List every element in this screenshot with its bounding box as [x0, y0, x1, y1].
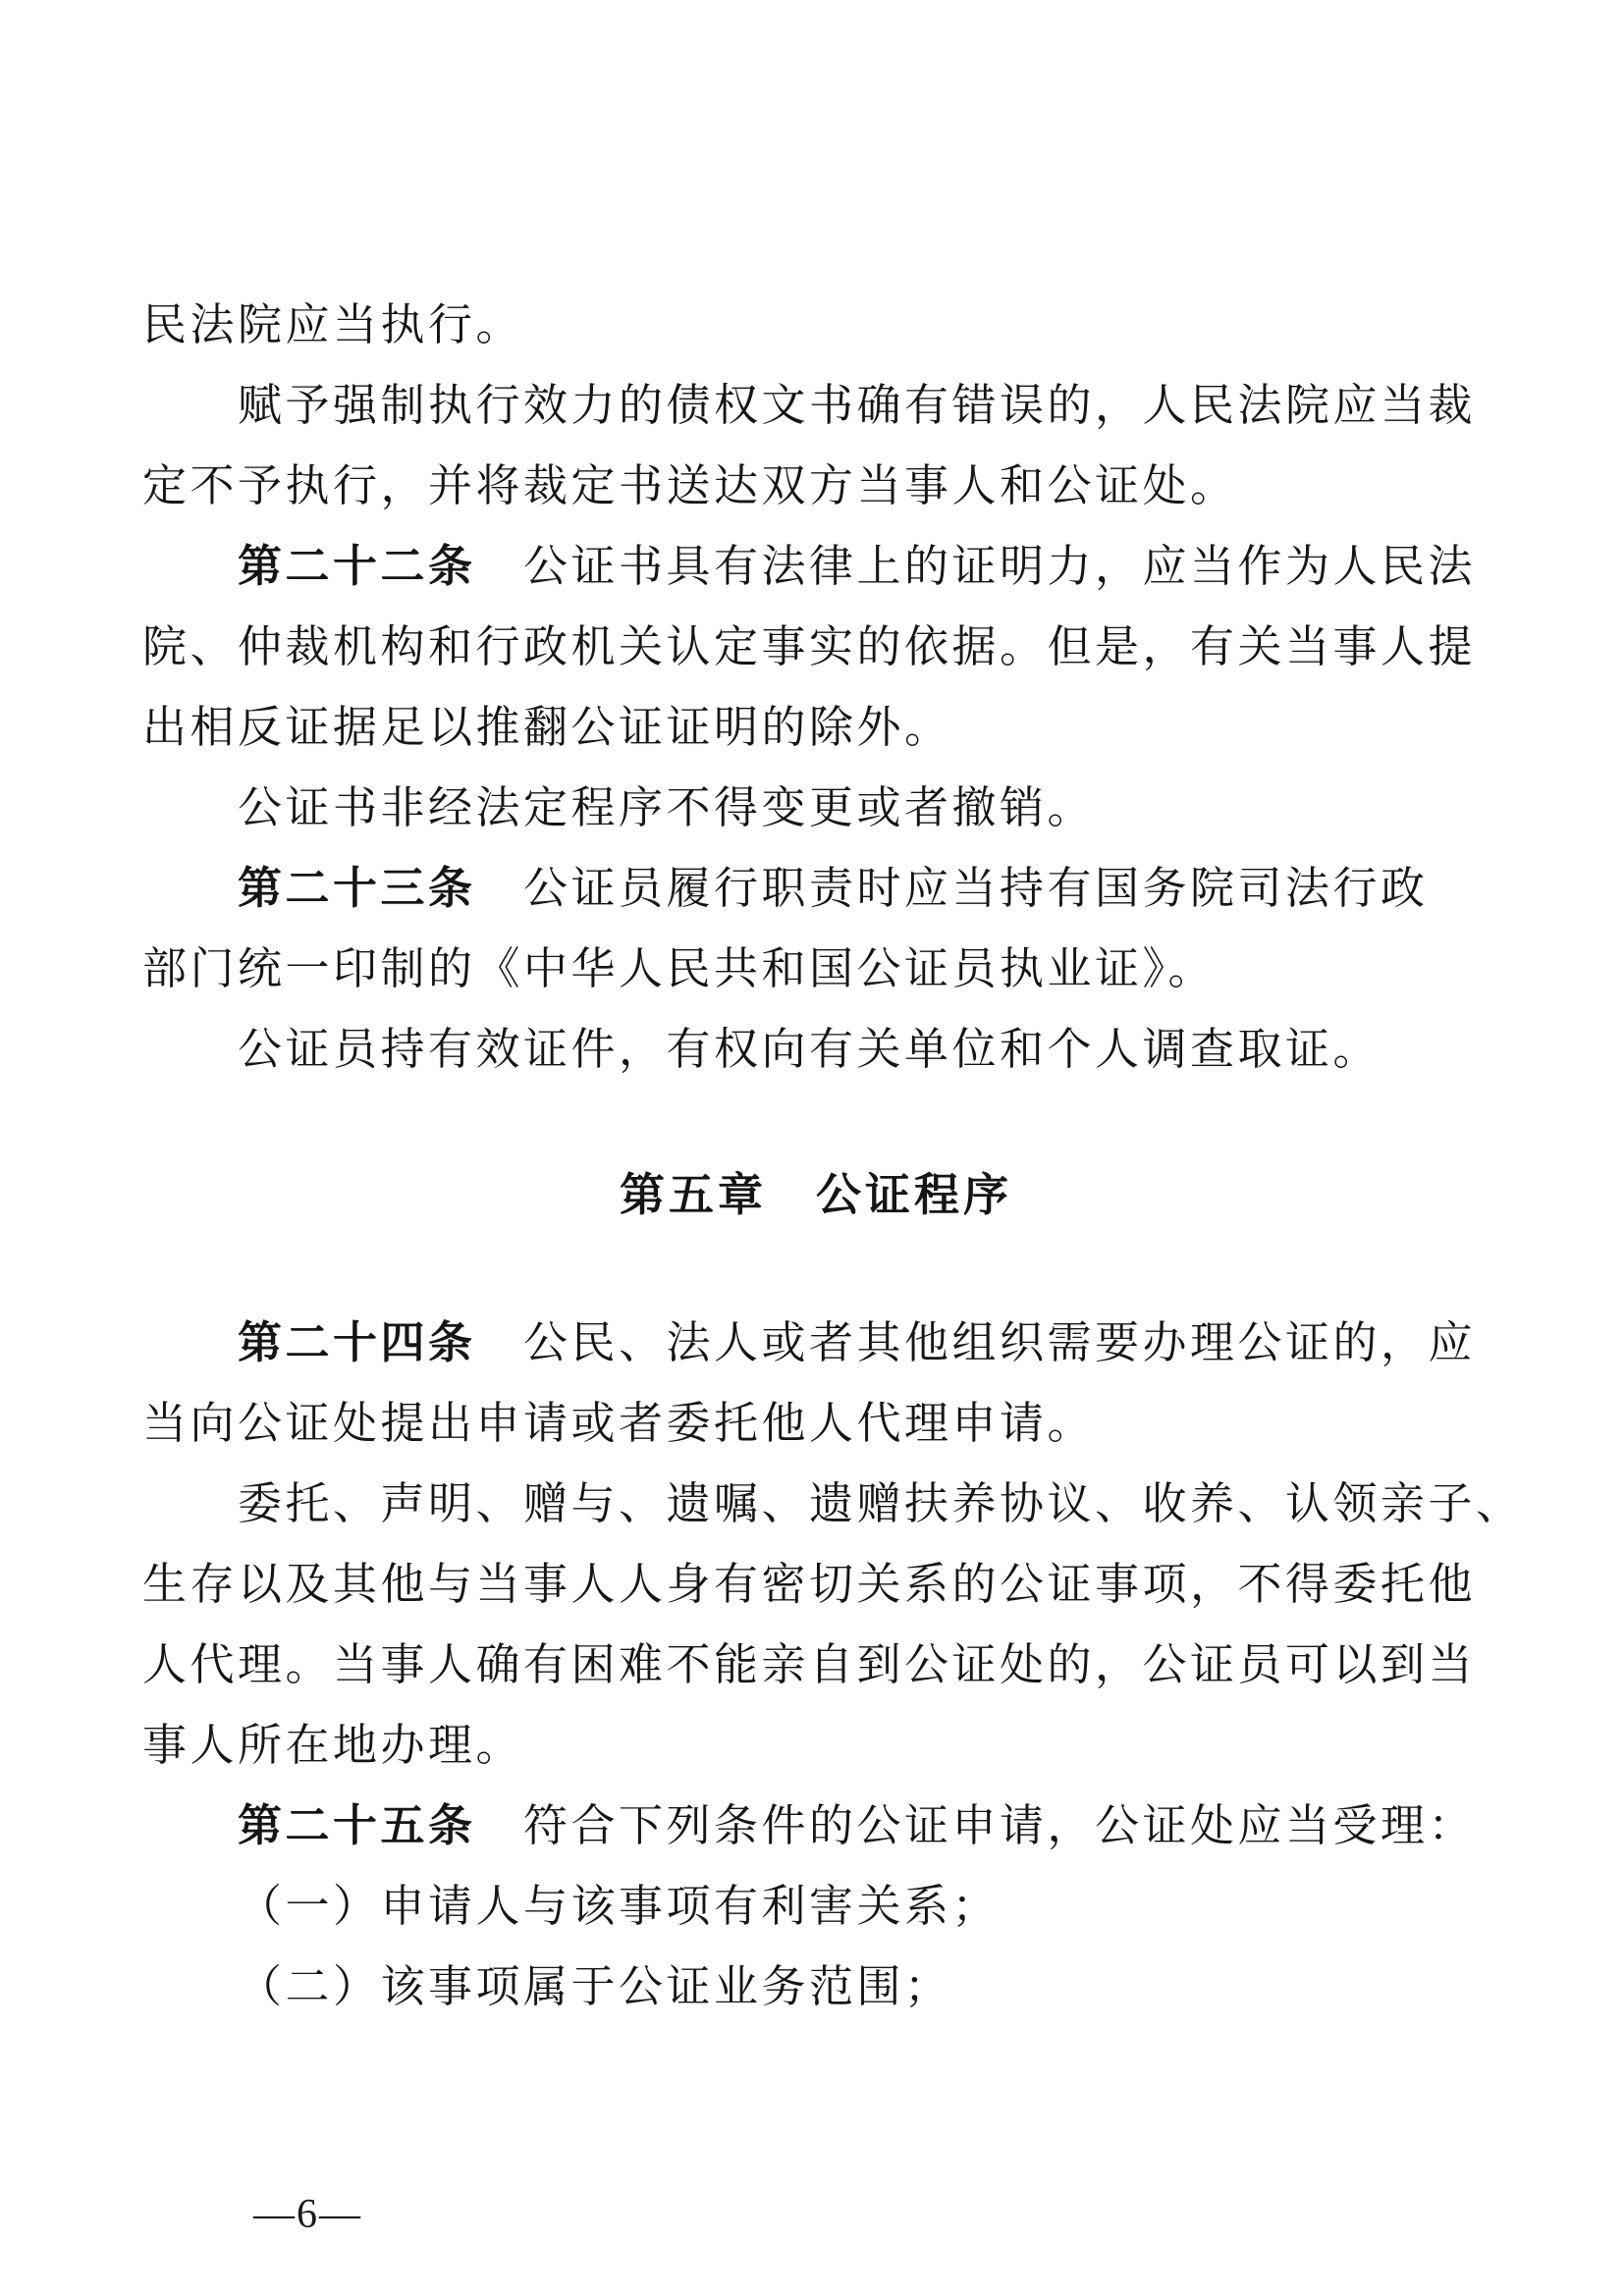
text-line: （二）该事项属于公证业务范围；	[142, 1947, 1489, 2027]
document-body: 民法院应当执行。 赋予强制执行效力的债权文书确有错误的，人民法院应当裁 定不予执…	[142, 285, 1489, 2027]
text-line: 当向公证处提出申请或者委托他人代理申请。	[142, 1383, 1489, 1464]
page-number: —6—	[253, 2185, 362, 2244]
text-line: 公证员持有效证件，有权向有关单位和个人调查取证。	[142, 1009, 1489, 1090]
article-number: 第二十二条	[238, 541, 476, 591]
text-line: 第二十二条 公证书具有法律上的证明力，应当作为人民法	[142, 526, 1489, 607]
article-text: 公证书具有法律上的证明力，应当作为人民法	[476, 542, 1477, 591]
text-line: 公证书非经法定程序不得变更或者撤销。	[142, 768, 1489, 848]
article-text: 公证员履行职责时应当持有国务院司法行政	[476, 864, 1429, 913]
text-line: 第二十三条 公证员履行职责时应当持有国务院司法行政	[142, 848, 1489, 929]
text-line: 生存以及其他与当事人人身有密切关系的公证事项，不得委托他	[142, 1544, 1489, 1625]
text-line: 第二十四条 公民、法人或者其他组织需要办理公证的，应	[142, 1303, 1489, 1383]
text-line: 民法院应当执行。	[142, 285, 1489, 365]
article-number: 第二十四条	[238, 1317, 476, 1367]
text-line: 院、仲裁机构和行政机关认定事实的依据。但是，有关当事人提	[142, 607, 1489, 687]
article-text: 公民、法人或者其他组织需要办理公证的，应	[476, 1318, 1477, 1367]
text-line: （一）申请人与该事项有利害关系；	[142, 1866, 1489, 1947]
text-line: 定不予执行，并将裁定书送达双方当事人和公证处。	[142, 446, 1489, 526]
text-line: 部门统一印制的《中华人民共和国公证员执业证》。	[142, 929, 1489, 1009]
text-line: 第二十五条 符合下列条件的公证申请，公证处应当受理：	[142, 1786, 1489, 1866]
article-number: 第二十五条	[238, 1800, 476, 1850]
text-line: 赋予强制执行效力的债权文书确有错误的，人民法院应当裁	[142, 365, 1489, 446]
document-page: { "content": { "lines": [ { "text": "民法院…	[0, 0, 1624, 2296]
article-number: 第二十三条	[238, 863, 476, 913]
text-line: 委托、声明、赠与、遗嘱、遗赠扶养协议、收养、认领亲子、	[142, 1464, 1489, 1544]
text-line: 事人所在地办理。	[142, 1705, 1489, 1786]
text-line: 人代理。当事人确有困难不能亲自到公证处的，公证员可以到当	[142, 1625, 1489, 1705]
chapter-heading: 第五章 公证程序	[142, 1154, 1489, 1235]
article-text: 符合下列条件的公证申请，公证处应当受理：	[476, 1801, 1477, 1850]
text-line: 出相反证据足以推翻公证证明的除外。	[142, 687, 1489, 768]
